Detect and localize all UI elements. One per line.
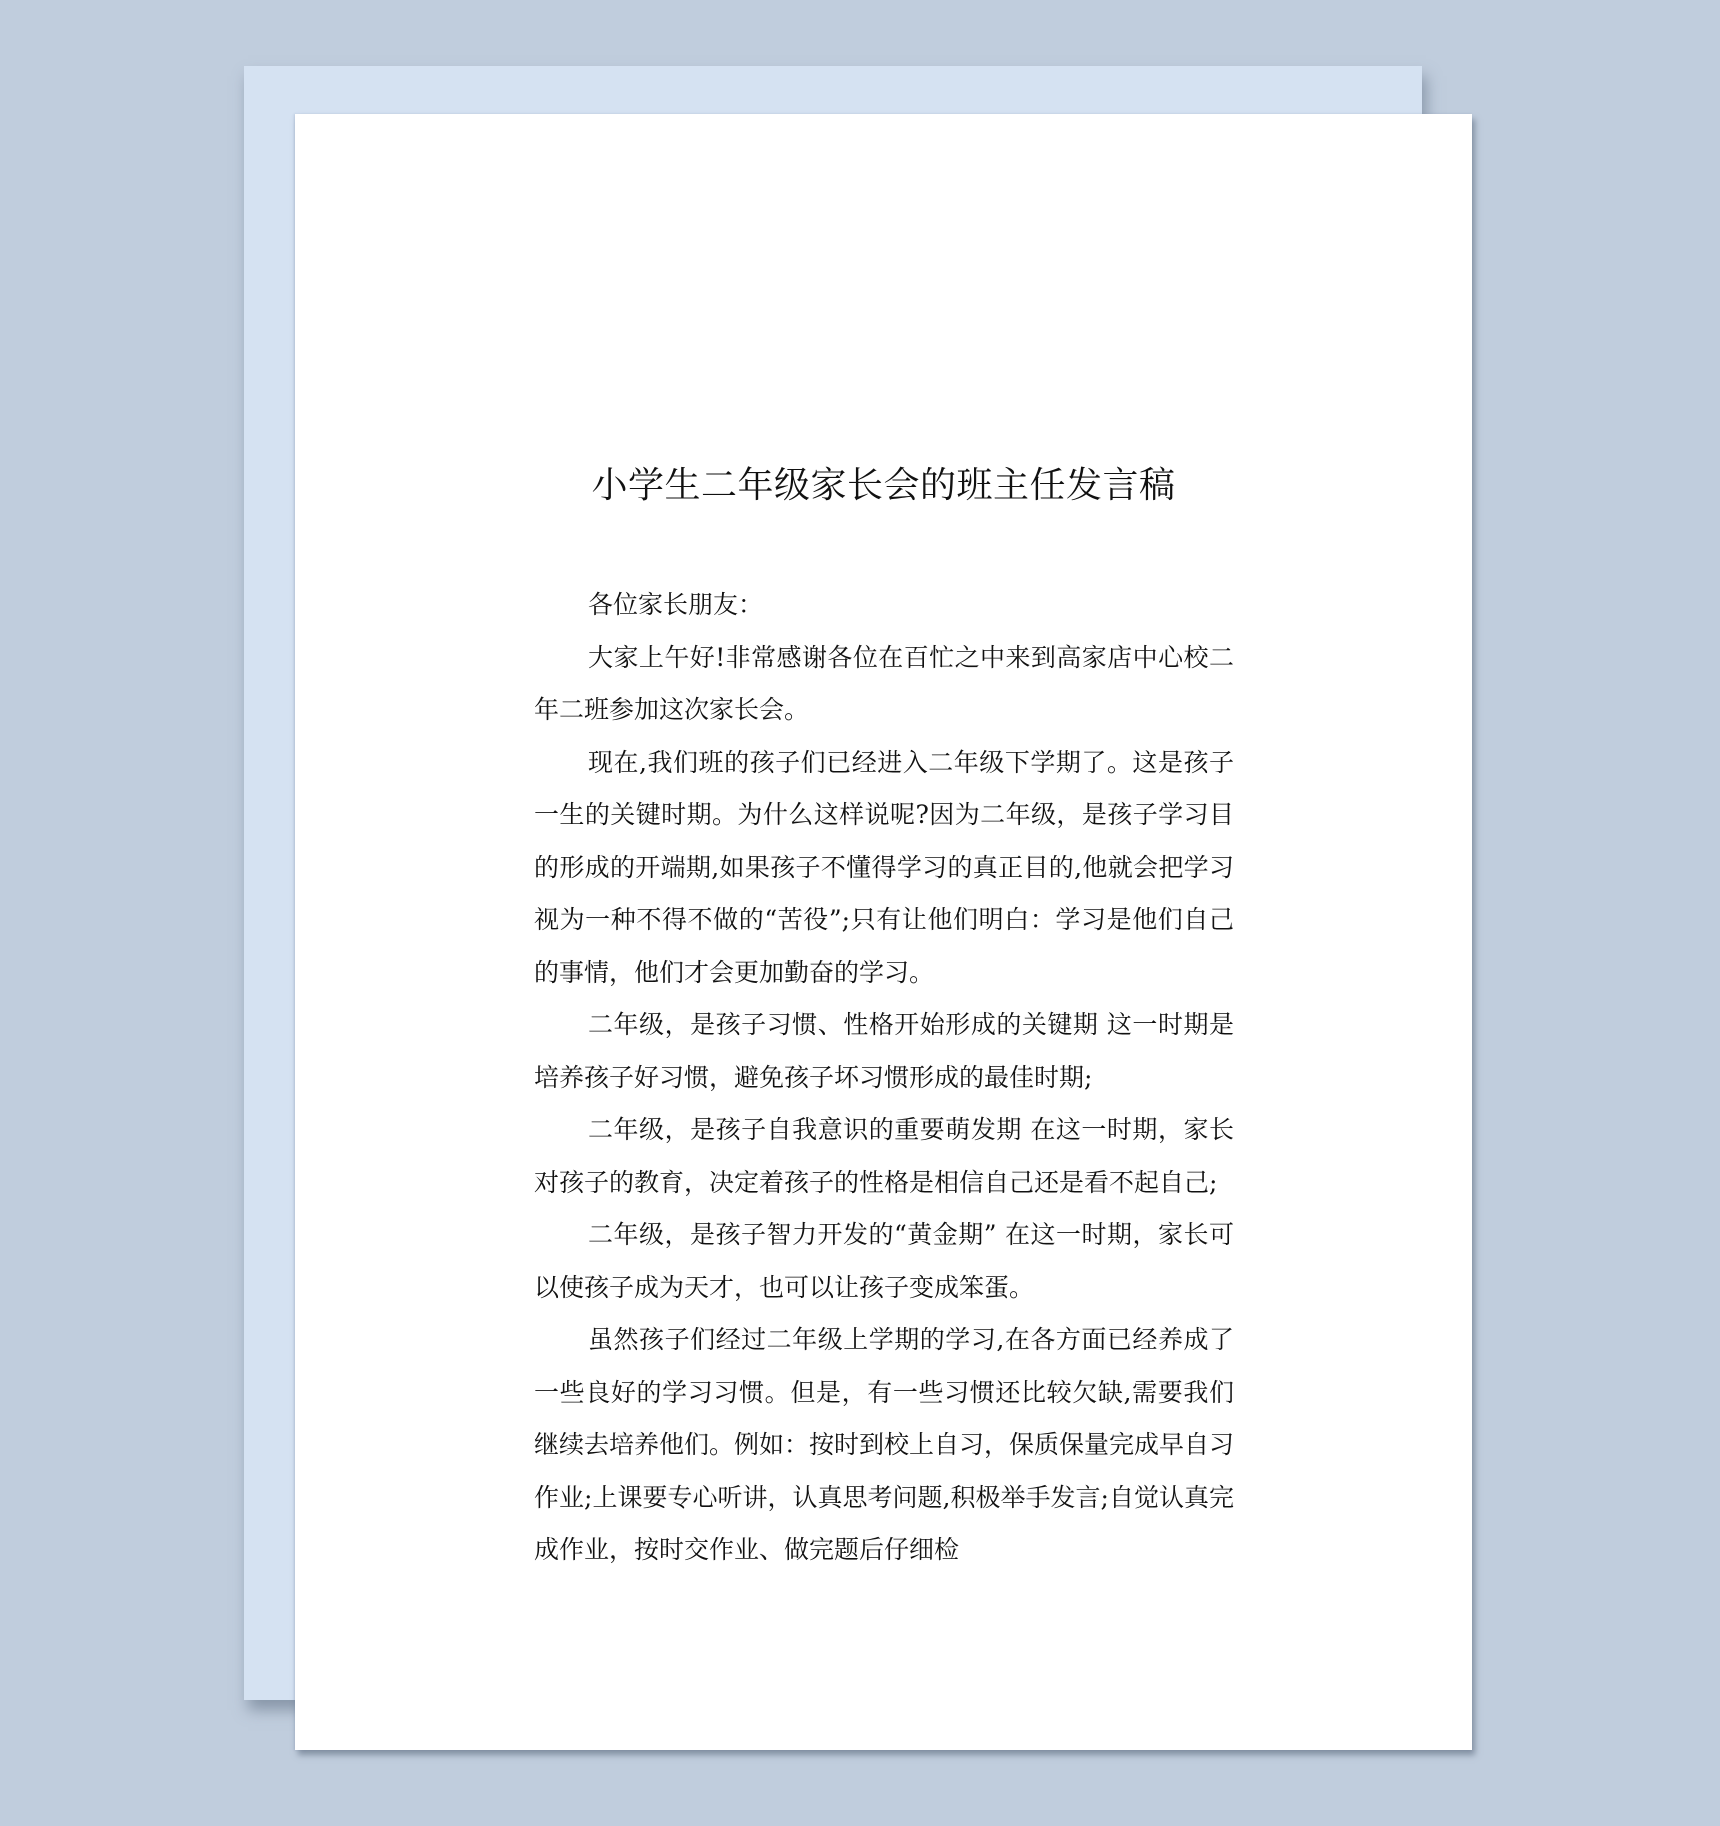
document-body: 各位家长朋友： 大家上午好!非常感谢各位在百忙之中来到高家店中心校二年二班参加这… (534, 579, 1234, 1577)
paragraph: 二年级，是孩子智力开发的“黄金期” 在这一时期，家长可以使孩子成为天才，也可以让… (534, 1209, 1234, 1314)
paragraph-greeting: 各位家长朋友： (534, 579, 1234, 632)
paragraph: 大家上午好!非常感谢各位在百忙之中来到高家店中心校二年二班参加这次家长会。 (534, 632, 1234, 737)
paragraph: 二年级，是孩子习惯、性格开始形成的关键期 这一时期是培养孩子好习惯，避免孩子坏习… (534, 999, 1234, 1104)
document-title: 小学生二年级家长会的班主任发言稿 (295, 462, 1472, 510)
paragraph: 二年级，是孩子自我意识的重要萌发期 在这一时期，家长对孩子的教育，决定着孩子的性… (534, 1104, 1234, 1209)
paragraph: 虽然孩子们经过二年级上学期的学习,在各方面已经养成了一些良好的学习习惯。但是，有… (534, 1314, 1234, 1577)
paragraph: 现在,我们班的孩子们已经进入二年级下学期了。这是孩子一生的关键时期。为什么这样说… (534, 737, 1234, 1000)
document-page: 小学生二年级家长会的班主任发言稿 各位家长朋友： 大家上午好!非常感谢各位在百忙… (295, 114, 1472, 1750)
